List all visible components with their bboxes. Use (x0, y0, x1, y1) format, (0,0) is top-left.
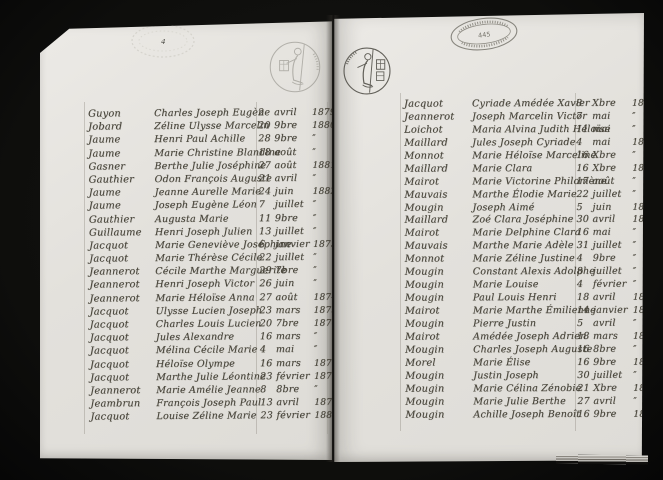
entry-month: Xbre (592, 149, 632, 162)
entry-surname: Jacquot (90, 305, 156, 319)
faded-stamp-mark: 4 (161, 38, 165, 46)
register-row: MaillardMarie Clara16Xbre1874 (404, 162, 652, 176)
entry-surname: Jobard (88, 120, 154, 134)
entry-day: 7 (576, 111, 592, 124)
entry-surname: Jeannerot (90, 384, 156, 398)
entry-day: 16 (260, 357, 276, 370)
entry-year: 1877 (633, 292, 653, 305)
entry-day: 16 (576, 163, 592, 176)
entry-day: 16 (577, 227, 593, 240)
entry-surname: Monnot (405, 254, 473, 267)
entry-day: 22 (576, 188, 592, 201)
entry-month: 9bre (593, 253, 633, 266)
entry-month: mars (276, 330, 314, 344)
entry-month: mai (592, 111, 632, 124)
entry-given: Charles Joseph Eugène (154, 106, 258, 120)
entry-given: Marie Delphine Clara (473, 227, 577, 240)
entry-surname: Jacquot (90, 344, 156, 358)
entry-surname: Mougin (405, 280, 473, 293)
register-row: MouginPierre Justin5avril″ (405, 318, 653, 332)
entry-given: Mélina Cécile Marie (156, 344, 260, 358)
entry-surname: Monnot (404, 150, 472, 163)
register-rows-right: JacquotCyriade Amédée Xavier8Xbre1881Jea… (334, 98, 653, 423)
entry-given: Marie Zéline Justine (473, 253, 577, 266)
entry-surname: Mairot (405, 228, 473, 241)
faded-oval-stamp: 4 (128, 20, 198, 62)
entry-year: ″ (632, 123, 652, 136)
entry-given: Justin Joseph (473, 370, 577, 383)
entry-day: 13 (259, 225, 275, 238)
entry-surname: Mougin (405, 370, 473, 383)
entry-month: mars (276, 304, 314, 318)
entry-day: 16 (577, 408, 593, 421)
entry-day: 22 (259, 251, 275, 264)
entry-day: 16 (577, 357, 593, 370)
entry-year: ″ (633, 227, 653, 240)
entry-given: Achille Joseph Benoît (473, 408, 577, 421)
entry-given: Ulysse Lucien Joseph (156, 304, 260, 318)
register-row: MouginMarie Célina Zénobie21Xbre1881 (405, 382, 653, 396)
entry-surname: Mauvais (404, 189, 472, 202)
entry-year: ″ (632, 188, 652, 201)
archive-oval-stamp: 445 (445, 9, 524, 60)
entry-month: avril (593, 292, 633, 305)
entry-year: ″ (632, 149, 652, 162)
entry-month: février (276, 409, 314, 423)
entry-day: 23 (260, 409, 276, 422)
entry-day: 18 (577, 292, 593, 305)
entry-month: janvier (593, 305, 633, 318)
entry-month: juillet (275, 225, 313, 239)
entry-year: ″ (632, 111, 652, 124)
entry-given: Charles Joseph Auguste (473, 344, 577, 357)
entry-day: 21 (259, 172, 275, 185)
entry-surname: Guyon (88, 107, 154, 121)
entry-day: 16 (576, 150, 592, 163)
entry-day: 4 (577, 279, 593, 292)
entry-day: 18 (258, 146, 274, 159)
archive-stamp-number: 445 (478, 30, 491, 39)
entry-year: ″ (633, 279, 653, 292)
entry-month: mai (592, 137, 632, 150)
entry-given: Jules Joseph Cyriade (472, 137, 576, 150)
entry-given: Marie Héloïse Marceline (472, 150, 576, 163)
entry-given: Marthe Julie Léontine (156, 370, 260, 384)
entry-month: juin (592, 201, 632, 214)
entry-year: 1876 (633, 214, 653, 227)
entry-given: Zoé Clara Joséphine (473, 214, 577, 227)
entry-month: 9bre (274, 119, 312, 133)
entry-surname: Mauvais (405, 241, 473, 254)
entry-day: 6 (259, 238, 275, 251)
entry-month: avril (593, 318, 633, 331)
entry-given: Marthe Élodie Marie (472, 189, 576, 202)
entry-day: 30 (577, 214, 593, 227)
entry-given: Marie Louise (473, 279, 577, 292)
entry-surname: Jacquot (90, 331, 156, 345)
entry-given: Berthe Julie Joséphine (154, 159, 258, 173)
entry-year: 1882 (633, 408, 653, 421)
entry-given: Marie Victorine Philomène (472, 176, 576, 189)
entry-month: 9bre (275, 211, 313, 225)
entry-month: 8bre (593, 344, 633, 357)
entry-month: avril (593, 395, 633, 408)
entry-day: 4 (576, 137, 592, 150)
entry-surname: Mairot (404, 176, 472, 189)
entry-day: 27 (577, 395, 593, 408)
entry-given: Pierre Justin (473, 318, 577, 331)
entry-given: Marie Julie Berthe (473, 396, 577, 409)
entry-month: juin (275, 277, 313, 291)
register-row: MairotAmédée Joseph Adrien18mars1879 (405, 330, 653, 344)
register-row: MouginMarie Louise4février″ (405, 279, 653, 293)
entry-month: août (274, 145, 312, 159)
entry-year: ″ (633, 395, 653, 408)
entry-given: Marie Christine Blandine (154, 146, 258, 160)
entry-given: Marie Thérèse Cécile (155, 251, 259, 265)
entry-month: juillet (593, 240, 633, 253)
entry-given: Cyriade Amédée Xavier (472, 98, 576, 111)
entry-surname: Jeambrun (90, 397, 156, 411)
entry-given: Maria Alvina Judith Héloïse (472, 124, 576, 137)
register-row: MaillardZoé Clara Joséphine30avril1876 (405, 214, 653, 228)
entry-surname: Gasner (88, 160, 154, 174)
entry-day: 27 (258, 159, 274, 172)
entry-given: Marie Amélie Jeanne (156, 383, 260, 397)
entry-month: Xbre (593, 382, 633, 395)
entry-surname: Gauthier (89, 173, 155, 187)
entry-given: Marie Marthe Émilienne (473, 305, 577, 318)
entry-day: 11 (576, 124, 592, 137)
entry-given: Amédée Joseph Adrien (473, 331, 577, 344)
entry-surname: Maillard (405, 215, 473, 228)
entry-year: 1873 (632, 136, 652, 149)
entry-year: 1879 (633, 330, 653, 343)
entry-month: juillet (592, 188, 632, 201)
register-row: JacquotLouise Zéline Marie23février1880 (90, 409, 334, 424)
entry-year: 1881 (633, 382, 653, 395)
entry-given: Marie Élise (473, 357, 577, 370)
entry-surname: Mougin (404, 202, 472, 215)
register-row: JacquotCyriade Amédée Xavier8Xbre1881 (404, 98, 652, 112)
entry-day: 27 (259, 291, 275, 304)
entry-given: Marthe Marie Adèle (473, 240, 577, 253)
entry-surname: Mairot (405, 305, 473, 318)
entry-given: Henri Joseph Victor (155, 278, 259, 292)
entry-surname: Mougin (405, 292, 473, 305)
entry-month: février (276, 370, 314, 384)
entry-surname: Jacquot (404, 98, 472, 111)
entry-surname: Jeannerot (404, 111, 472, 124)
entry-month: 7bre (276, 317, 314, 331)
register-row: MouginMarie Julie Berthe27avril″ (405, 395, 653, 409)
register-row: MonnotMarie Héloïse Marceline16Xbre″ (404, 149, 652, 163)
entry-year: 1874 (632, 162, 652, 175)
entry-day: 2 (258, 106, 274, 119)
entry-surname: Jacquot (90, 318, 156, 332)
entry-surname: Mougin (405, 383, 473, 396)
entry-month: 9bre (593, 356, 633, 369)
entry-given: Joseph Eugène Léon (155, 199, 259, 213)
entry-year: ″ (633, 343, 653, 356)
entry-given: Marie Clara (472, 163, 576, 176)
entry-surname: Jeannerot (89, 279, 155, 293)
entry-given: Paul Louis Henri (473, 292, 577, 305)
entry-surname: Jaume (89, 199, 155, 213)
entry-surname: Mairot (405, 331, 473, 344)
register-page-right: 445 JacquotCyriade Amédée Xavier8Xbre188… (334, 13, 644, 462)
entry-given: Marie Célina Zénobie (473, 383, 577, 396)
register-row: MouginConstant Alexis Adolphe8juillet″ (405, 266, 653, 280)
entry-month: mars (276, 356, 314, 370)
entry-surname: Jaume (88, 147, 154, 161)
entry-surname: Jeannerot (89, 265, 155, 279)
entry-day: 11 (259, 212, 275, 225)
entry-month: février (593, 279, 633, 292)
entry-surname: Mougin (405, 267, 473, 280)
register-page-left: 4 GuyonCharles Joseph Eugène2avril1879Jo… (40, 20, 332, 460)
entry-surname: Jeannerot (89, 292, 155, 306)
entry-day: 29 (259, 264, 275, 277)
entry-month: juin (275, 185, 313, 199)
entry-day: 13 (260, 396, 276, 409)
entry-month: janvier (275, 238, 313, 252)
entry-surname: Jaume (88, 133, 154, 147)
entry-day: 8 (577, 266, 593, 279)
register-row: MouginJoseph Aimé5juin1875 (404, 201, 652, 215)
entry-day: 8 (576, 98, 592, 111)
entry-surname: Morel (405, 357, 473, 370)
register-row: MaillardJules Joseph Cyriade4mai1873 (404, 136, 652, 150)
register-row: MairotMarie Marthe Émilienne14janvier187… (405, 305, 653, 319)
entry-month: avril (274, 106, 312, 120)
entry-given: Zéline Ulysse Marcelin (154, 119, 258, 133)
entry-year: ″ (633, 240, 653, 253)
entry-month: avril (593, 214, 633, 227)
entry-surname: Mougin (405, 409, 473, 422)
entry-month: mai (592, 124, 632, 137)
entry-day: 21 (577, 382, 593, 395)
entry-day: 5 (577, 318, 593, 331)
entry-month: avril (275, 172, 313, 186)
entry-given: Odon François Auguste (155, 172, 259, 186)
register-rows-left: GuyonCharles Joseph Eugène2avril1879Joba… (40, 106, 334, 425)
entry-day: 23 (260, 370, 276, 383)
entry-month: août (274, 159, 312, 173)
entry-given: Jules Alexandre (156, 330, 260, 344)
entry-day: 26 (259, 278, 275, 291)
entry-year: 1881 (632, 98, 652, 111)
entry-given: Augusta Marie (155, 212, 259, 226)
timbre-seal-left-icon (267, 39, 323, 95)
entry-day: 14 (577, 305, 593, 318)
entry-given: Henri Joseph Julien (155, 225, 259, 239)
entry-month: Xbre (592, 98, 632, 111)
entry-month: mars (593, 331, 633, 344)
entry-month: 7bre (275, 264, 313, 278)
entry-given: Louise Zéline Marie (156, 410, 260, 424)
entry-month: juillet (275, 198, 313, 212)
register-row: MouginJustin Joseph30juillet″ (405, 369, 653, 383)
entry-day: 17 (576, 175, 592, 188)
entry-month: 8bre (276, 383, 314, 397)
entry-surname: Mougin (405, 318, 473, 331)
entry-surname: Maillard (404, 163, 472, 176)
book-gutter (326, 15, 340, 462)
entry-month: août (275, 290, 313, 304)
entry-given: Cécile Marthe Marguerite (155, 265, 259, 279)
register-row: MairotMarie Delphine Clara16mai″ (405, 227, 653, 241)
entry-day: 24 (259, 185, 275, 198)
entry-day: 20 (258, 119, 274, 132)
entry-given: Marie Héloïse Anna (155, 291, 259, 305)
entry-month: juillet (275, 251, 313, 265)
entry-surname: Jaume (89, 186, 155, 200)
entry-given: Marie Geneviève Joséphine (155, 238, 259, 252)
entry-year: ″ (633, 369, 653, 382)
entry-month: 9bre (593, 408, 633, 421)
entry-day: 28 (258, 133, 274, 146)
entry-given: Charles Louis Lucien (156, 317, 260, 331)
register-row: MouginPaul Louis Henri18avril1877 (405, 292, 653, 306)
entry-surname: Maillard (404, 137, 472, 150)
entry-surname: Mougin (405, 396, 473, 409)
entry-surname: Jacquot (89, 252, 155, 266)
entry-day: 4 (260, 344, 276, 357)
entry-given: Jeanne Aurelle Marie (155, 185, 259, 199)
entry-month: août (592, 175, 632, 188)
entry-surname: Jacquot (90, 358, 156, 372)
entry-month: 9bre (274, 132, 312, 146)
entry-day: 8 (260, 383, 276, 396)
entry-given: Henri Paul Achille (154, 133, 258, 147)
entry-month: juillet (593, 266, 633, 279)
entry-surname: Jacquot (90, 371, 156, 385)
entry-year: ″ (633, 266, 653, 279)
entry-month: mai (593, 227, 633, 240)
register-row: MauvaisMarthe Élodie Marie22juillet″ (404, 188, 652, 202)
entry-given: Joseph Marcelin Victor (472, 111, 576, 124)
entry-month: mai (276, 343, 314, 357)
entry-surname: Guillaume (89, 226, 155, 240)
entry-given: François Joseph Paul (156, 396, 260, 410)
entry-year: 1878 (633, 305, 653, 318)
entry-year: ″ (632, 175, 652, 188)
register-row: LoichotMaria Alvina Judith Héloïse11mai″ (404, 123, 652, 137)
register-row: MouginAchille Joseph Benoît169bre1882 (405, 408, 653, 422)
entry-year: ″ (633, 253, 653, 266)
entry-day: 16 (260, 330, 276, 343)
entry-year: ″ (633, 318, 653, 331)
register-row: JeannerotJoseph Marcelin Victor7mai″ (404, 111, 652, 125)
entry-day: 18 (577, 331, 593, 344)
entry-surname: Gauthier (89, 213, 155, 227)
entry-day: 31 (577, 240, 593, 253)
register-row: MauvaisMarthe Marie Adèle31juillet″ (405, 240, 653, 254)
entry-given: Constant Alexis Adolphe (473, 266, 577, 279)
entry-day: 16 (577, 344, 593, 357)
entry-day: 5 (576, 201, 592, 214)
entry-year: 1875 (632, 201, 652, 214)
entry-day: 20 (260, 317, 276, 330)
entry-month: avril (276, 396, 314, 410)
entry-given: Héloïse Olympe (156, 357, 260, 371)
register-row: MairotMarie Victorine Philomène17août″ (404, 175, 652, 189)
entry-surname: Jacquot (90, 410, 156, 424)
entry-day: 7 (259, 198, 275, 211)
entry-month: juillet (593, 369, 633, 382)
entry-month: Xbre (592, 162, 632, 175)
stacked-page-edges (556, 455, 648, 465)
register-row: MorelMarie Élise169bre1880 (405, 356, 653, 370)
register-row: MouginCharles Joseph Auguste168bre″ (405, 343, 653, 357)
entry-given: Joseph Aimé (472, 201, 576, 214)
entry-day: 23 (260, 304, 276, 317)
entry-surname: Jacquot (89, 239, 155, 253)
entry-year: 1880 (633, 356, 653, 369)
register-row: MonnotMarie Zéline Justine49bre″ (405, 253, 653, 267)
entry-day: 4 (577, 253, 593, 266)
entry-surname: Loichot (404, 124, 472, 137)
scanned-register-photo: 4 GuyonCharles Joseph Eugène2avril1879Jo… (0, 0, 663, 480)
timbre-seal-right-icon (341, 45, 393, 97)
entry-day: 30 (577, 370, 593, 383)
entry-surname: Mougin (405, 344, 473, 357)
